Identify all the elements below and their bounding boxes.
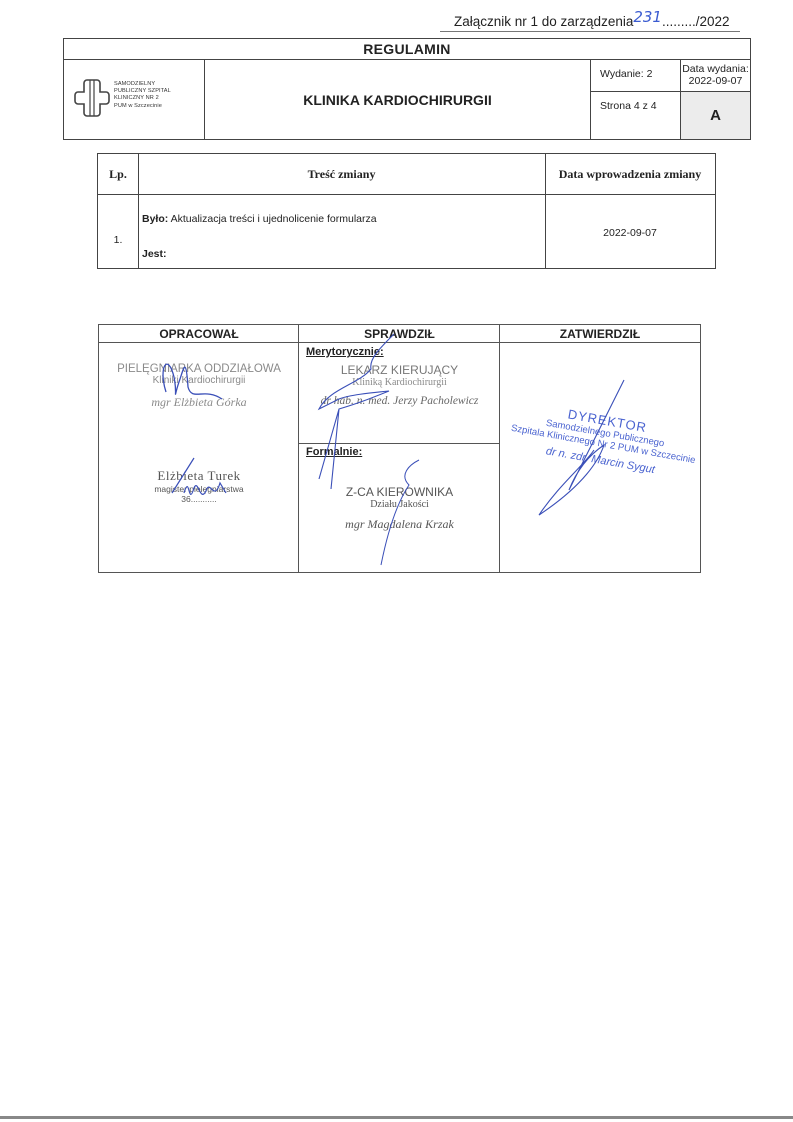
document-type-title: REGULAMIN: [64, 39, 750, 59]
row-lp: 1.: [98, 234, 138, 246]
page-number-cell: Strona 4 z 4: [590, 92, 680, 139]
row-is: Jest:: [142, 248, 167, 260]
page-bottom-edge: [0, 1116, 793, 1119]
edition-cell: Wydanie: 2: [590, 60, 680, 92]
annex-dots: .........: [662, 14, 696, 29]
hospital-cross-logo-icon: [72, 77, 112, 119]
logo-cell: SAMODZIELNY PUBLICZNY SZPITAL KLINICZNY …: [64, 60, 205, 139]
issue-date-cell: Data wydania: 2022-09-07: [680, 60, 750, 92]
annex-reference: Załącznik nr 1 do zarządzenia231........…: [454, 12, 730, 30]
annex-year: /2022: [696, 14, 730, 29]
logo-text: SAMODZIELNY PUBLICZNY SZPITAL KLINICZNY …: [114, 81, 171, 110]
checked-row-divider: [299, 443, 500, 444]
column-header-date: Data wprowadzenia zmiany: [545, 154, 715, 194]
version-cell: A: [680, 92, 750, 139]
changes-table: Lp. Treść zmiany Data wprowadzenia zmian…: [97, 153, 716, 269]
is-label: Jest:: [142, 248, 167, 260]
prepared-stamp-head-nurse: PIELĘGNIARKA ODDZIAŁOWA Kliniki Kardioch…: [99, 363, 299, 408]
was-text: Aktualizacja treści i ujednolicenie form…: [171, 213, 377, 225]
column-header-checked: SPRAWDZIŁ: [299, 325, 500, 343]
document-header-table: REGULAMIN SAMODZIELNY PUBLICZNY SZPITAL …: [63, 38, 751, 140]
annex-underline: [440, 31, 740, 32]
was-label: Było:: [142, 213, 168, 225]
prepared-stamp-nurse-master: Elżbieta Turek magister pielęgniarstwa 3…: [99, 468, 299, 504]
approval-table: OPRACOWAŁ SPRAWDZIŁ ZATWIERDZIŁ PIELĘGNI…: [98, 324, 701, 573]
issue-date-label: Data wydania:: [681, 63, 750, 75]
checked-stamp-head-doctor: LEKARZ KIERUJĄCY Kliniką Kardiochirurgii…: [299, 363, 500, 407]
column-header-lp: Lp.: [98, 154, 138, 194]
checked-stamp-quality: Z-CA KIEROWNIKA Działu Jakości mgr Magda…: [299, 485, 500, 532]
issue-date-value: 2022-09-07: [681, 75, 750, 87]
department-name: KLINIKA KARDIOCHIRURGII: [205, 60, 590, 139]
column-header-prepared: OPRACOWAŁ: [99, 325, 299, 343]
header-row: SAMODZIELNY PUBLICZNY SZPITAL KLINICZNY …: [64, 59, 750, 139]
column-header-approved: ZATWIERDZIŁ: [500, 325, 700, 343]
substantive-label: Merytorycznie:: [306, 346, 384, 358]
column-header-content: Treść zmiany: [138, 154, 545, 194]
formal-label: Formalnie:: [306, 446, 362, 458]
annex-prefix: Załącznik nr 1 do zarządzenia: [454, 14, 633, 29]
row-was: Było: Aktualizacja treści i ujednoliceni…: [142, 213, 377, 225]
annex-handwritten-number: 231: [633, 8, 662, 26]
row-date: 2022-09-07: [545, 227, 715, 239]
approved-stamp-director: DYREKTOR Samodzielnego Publicznego Szpit…: [491, 394, 717, 485]
